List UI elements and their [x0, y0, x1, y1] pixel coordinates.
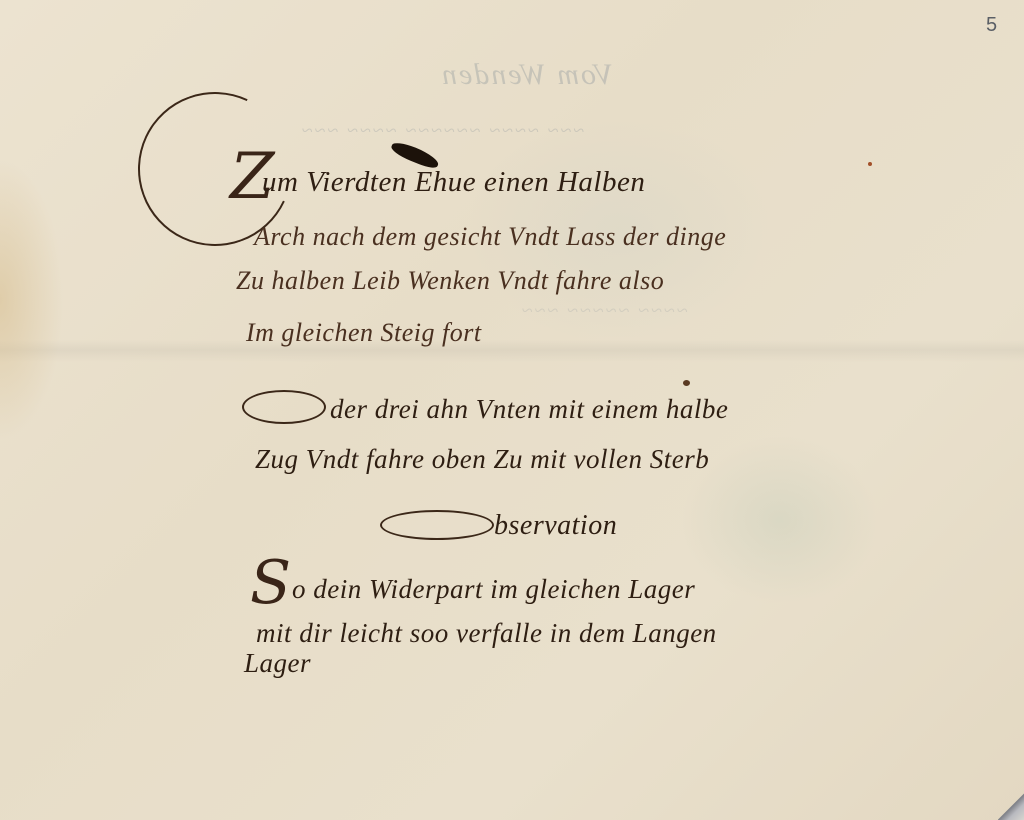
ink-speck [683, 380, 690, 386]
ink-speck [868, 162, 872, 166]
text-line: Lager [244, 648, 311, 679]
folio-number: 5 [986, 14, 997, 37]
text-line: um Vierdten Ehue einen Halben [262, 166, 645, 199]
text-line: mit dir leicht soo verfalle in dem Lange… [256, 618, 717, 649]
show-through-line: ~~~ ~~~~ ~~~~~~ ~~~~ ~~~ [300, 120, 584, 143]
text-line: o dein Widerpart im gleichen Lager [292, 574, 695, 605]
decorated-initial-s: S [250, 548, 291, 618]
manuscript-page: Vom Wenden ~~~ ~~~~ ~~~~~~ ~~~~ ~~~ ~~~~… [0, 0, 1024, 820]
text-line: Im gleichen Steig fort [246, 318, 482, 348]
text-line: der drei ahn Vnten mit einem halbe [330, 394, 728, 425]
text-line: Arch nach dem gesicht Vndt Lass der ding… [254, 222, 726, 252]
page-corner-curl [998, 792, 1024, 820]
heading-flourish [380, 510, 494, 540]
text-line: Zu halben Leib Wenken Vndt fahre also [236, 266, 664, 296]
section-heading: bservation [494, 510, 617, 542]
show-through-line: ~~~~ ~~~~~ ~~~ [520, 300, 688, 323]
show-through-heading: Vom Wenden [440, 58, 613, 92]
text-line: Zug Vndt fahre oben Zu mit vollen Sterb [255, 444, 709, 475]
